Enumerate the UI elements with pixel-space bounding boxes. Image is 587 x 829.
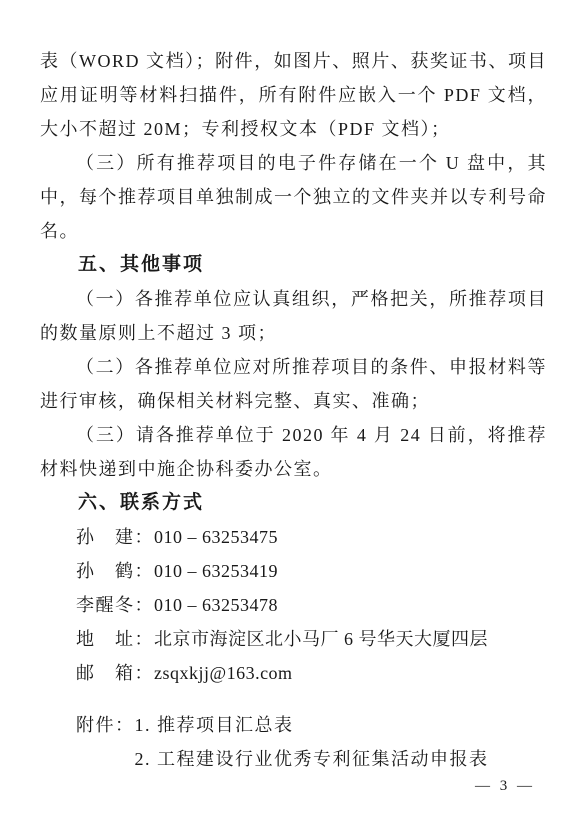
contact-label: 孙 建： bbox=[76, 527, 154, 547]
paragraph-section5-item2: （二）各推荐单位应对所推荐项目的条件、申报材料等进行审核，确保相关材料完整、真实… bbox=[40, 350, 547, 418]
paragraph-section5-item3: （三）请各推荐单位于 2020 年 4 月 24 日前，将推荐材料快递到中施企协… bbox=[40, 418, 547, 486]
paragraph-section5-item1: （一）各推荐单位应认真组织，严格把关，所推荐项目的数量原则上不超过 3 项； bbox=[40, 282, 547, 350]
contact-phone: 010 – 63253478 bbox=[154, 595, 278, 615]
contact-address: 北京市海淀区北小马厂 6 号华天大厦四层 bbox=[154, 629, 488, 649]
contact-label: 地 址： bbox=[76, 629, 154, 649]
attachment-item-application-form: 2. 工程建设行业优秀专利征集活动申报表 bbox=[135, 742, 489, 776]
contact-line-li-xingdong: 李醒冬：010 – 63253478 bbox=[40, 588, 547, 622]
contact-phone: 010 – 63253475 bbox=[154, 527, 278, 547]
contact-phone: 010 – 63253419 bbox=[154, 561, 278, 581]
section-heading-contact-info: 六、联系方式 bbox=[40, 486, 547, 520]
contact-label: 孙 鹤： bbox=[76, 561, 154, 581]
attachment-list: 附件： 1. 推荐项目汇总表 2. 工程建设行业优秀专利征集活动申报表 bbox=[76, 708, 547, 776]
contact-line-email: 邮 箱：zsqxkjj@163.com bbox=[40, 656, 547, 690]
contact-line-address: 地 址：北京市海淀区北小马厂 6 号华天大厦四层 bbox=[40, 622, 547, 656]
contact-line-sun-jian: 孙 建：010 – 63253475 bbox=[40, 520, 547, 554]
attachment-list-label: 附件： bbox=[76, 708, 135, 742]
page-number: — 3 — bbox=[475, 769, 535, 803]
contact-label: 李醒冬： bbox=[76, 595, 154, 615]
contact-email: zsqxkjj@163.com bbox=[154, 663, 293, 683]
contact-label: 邮 箱： bbox=[76, 663, 154, 683]
document-page: 表（WORD 文档）；附件，如图片、照片、获奖证书、项目应用证明等材料扫描件，所… bbox=[0, 0, 587, 829]
section-heading-other-matters: 五、其他事项 bbox=[40, 248, 547, 282]
paragraph-item3-usb-storage: （三）所有推荐项目的电子件存储在一个 U 盘中，其中，每个推荐项目单独制成一个独… bbox=[40, 146, 547, 248]
attachment-item-summary-table: 1. 推荐项目汇总表 bbox=[135, 708, 489, 742]
paragraph-word-doc-attachments: 表（WORD 文档）；附件，如图片、照片、获奖证书、项目应用证明等材料扫描件，所… bbox=[40, 44, 547, 146]
contact-line-sun-he: 孙 鹤：010 – 63253419 bbox=[40, 554, 547, 588]
attachment-items: 1. 推荐项目汇总表 2. 工程建设行业优秀专利征集活动申报表 bbox=[135, 708, 489, 776]
